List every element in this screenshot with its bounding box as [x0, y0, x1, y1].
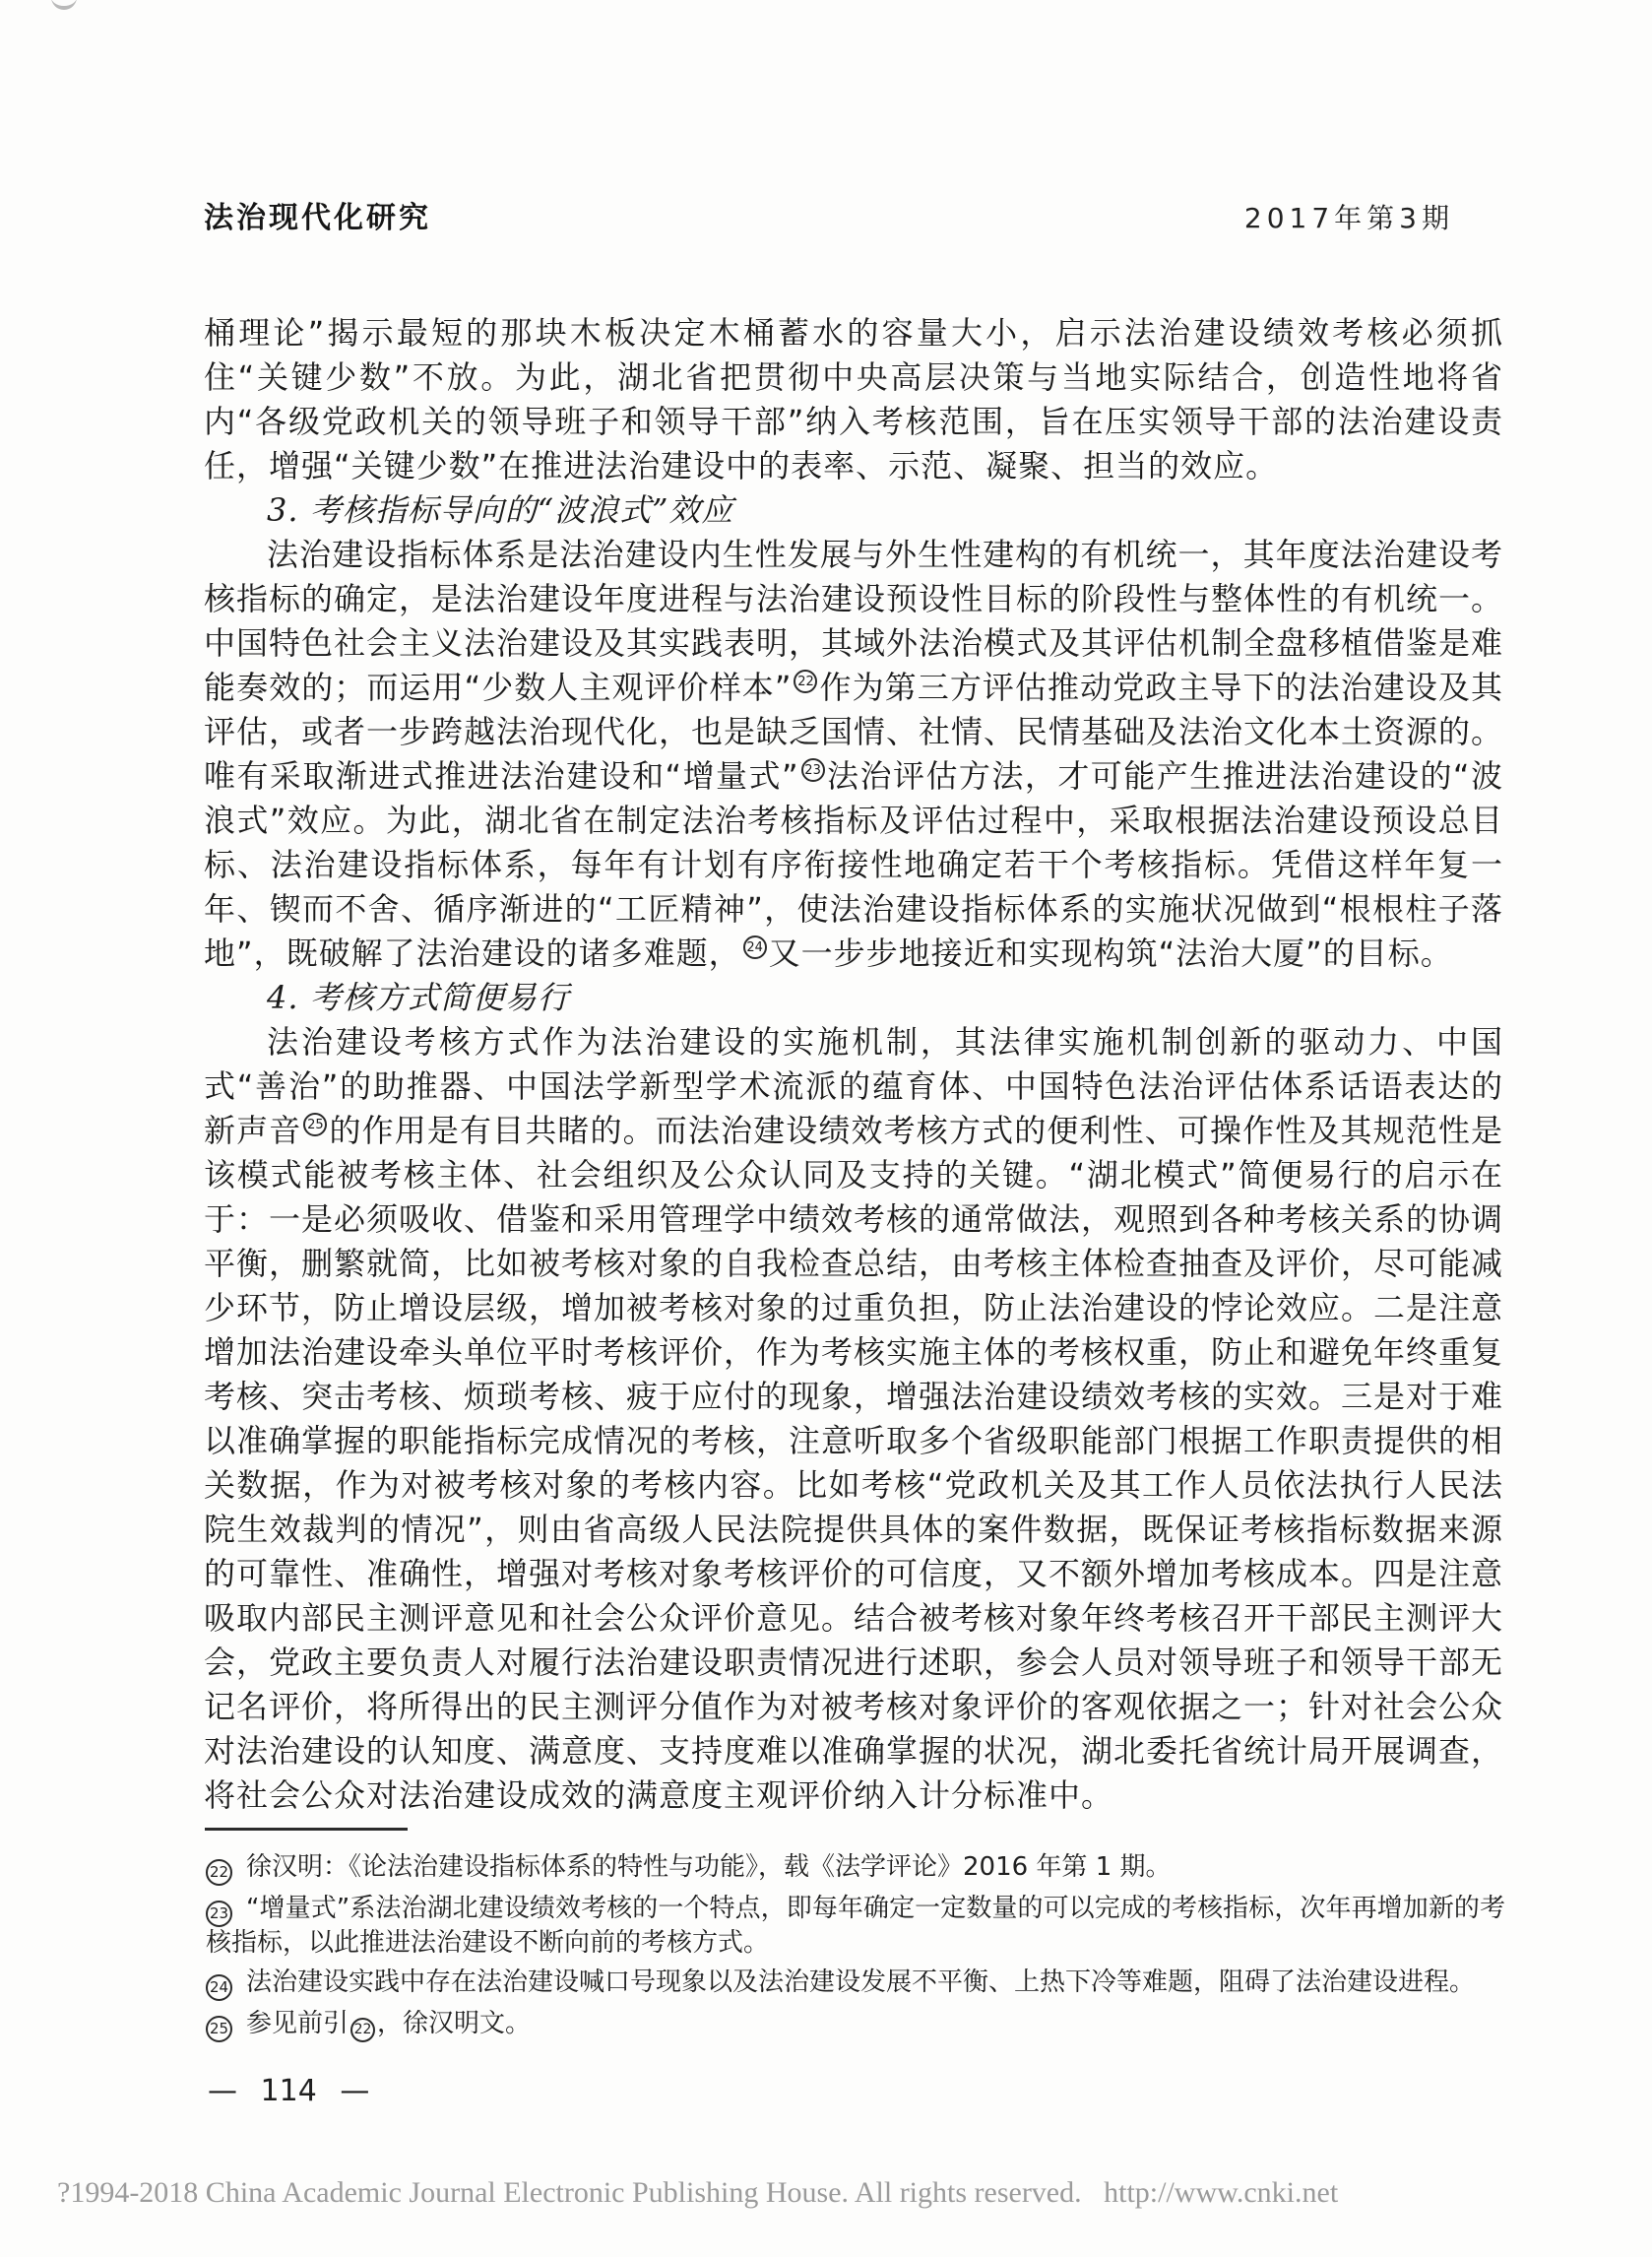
footnote-ref-22: 22 [794, 670, 817, 693]
issue-label: 2017年第3期 [1244, 197, 1503, 236]
footnote-ref-22: 22 [350, 2018, 375, 2042]
journal-title: 法治现代化研究 [204, 193, 431, 236]
footnote-text: “增量式”系法治湖北建设绩效考核的一个特点，即每年确定一定数量的可以完成的考核指… [206, 1894, 1505, 1958]
page-header: 法治现代化研究 2017年第3期 [204, 193, 1503, 236]
footnote-text: 参见前引 [246, 2009, 349, 2038]
cnki-watermark: ?1994-2018 China Academic Journal Electr… [57, 2176, 1338, 2210]
section-heading-4: 4. 考核方式简便易行 [204, 976, 1503, 1020]
footnote-number: 22 [206, 1859, 232, 1886]
footnote-25: 25参见前引22，徐汉明文。 [206, 2008, 1505, 2042]
paragraph-text: 又一步步地接近和实现构筑“法治大厦”的目标。 [769, 935, 1453, 972]
footnote-ref-23: 23 [801, 758, 825, 782]
journal-page: 法治现代化研究 2017年第3期 桶理论”揭示最短的那块木板决定木桶蓄水的容量大… [0, 0, 1652, 2257]
paragraph-continuation: 桶理论”揭示最短的那块木板决定木桶蓄水的容量大小，启示法治建设绩效考核必须抓住“… [204, 311, 1503, 488]
section-heading-3: 3. 考核指标导向的“波浪式”效应 [204, 488, 1503, 533]
footnote-ref-24: 24 [743, 935, 767, 959]
footnote-text: 法治建设实践中存在法治建设喊口号现象以及法治建设发展不平衡、上热下冷等难题，阻碍… [246, 1967, 1475, 1997]
paragraph-text: 桶理论”揭示最短的那块木板决定木桶蓄水的容量大小，启示法治建设绩效考核必须抓住“… [204, 314, 1503, 484]
footnote-23: 23“增量式”系法治湖北建设绩效考核的一个特点，即每年确定一定数量的可以完成的考… [206, 1893, 1505, 1960]
paragraph-2: 法治建设指标体系是法治建设内生性发展与外生性建构的有机统一，其年度法治建设考核指… [204, 533, 1503, 976]
footnote-number: 23 [206, 1901, 232, 1927]
footnotes: 22徐汉明：《论法治建设指标体系的特性与功能》，载《法学评论》2016 年第 1… [206, 1851, 1505, 2049]
paragraph-3: 法治建设考核方式作为法治建设的实施机制，其法律实施机制创新的驱动力、中国式“善治… [204, 1020, 1503, 1818]
page-number: — 114 — [208, 2074, 369, 2108]
footnote-divider [205, 1828, 408, 1831]
article-body: 桶理论”揭示最短的那块木板决定木桶蓄水的容量大小，启示法治建设绩效考核必须抓住“… [204, 311, 1503, 1818]
footnote-text: 徐汉明：《论法治建设指标体系的特性与功能》，载《法学评论》2016 年第 1 期… [246, 1852, 1172, 1882]
scan-artifact [51, 0, 77, 10]
paragraph-text: 的作用是有目共睹的。而法治建设绩效考核方式的便利性、可操作性及其规范性是该模式能… [204, 1112, 1503, 1814]
footnote-24: 24法治建设实践中存在法治建设喊口号现象以及法治建设发展不平衡、上热下冷等难题，… [206, 1967, 1505, 2001]
footnote-22: 22徐汉明：《论法治建设指标体系的特性与功能》，载《法学评论》2016 年第 1… [206, 1851, 1505, 1886]
footnote-ref-25: 25 [303, 1113, 327, 1136]
footnote-text: ，徐汉明文。 [377, 2009, 531, 2038]
footnote-number: 25 [206, 2016, 232, 2042]
footnote-number: 24 [206, 1974, 232, 2001]
